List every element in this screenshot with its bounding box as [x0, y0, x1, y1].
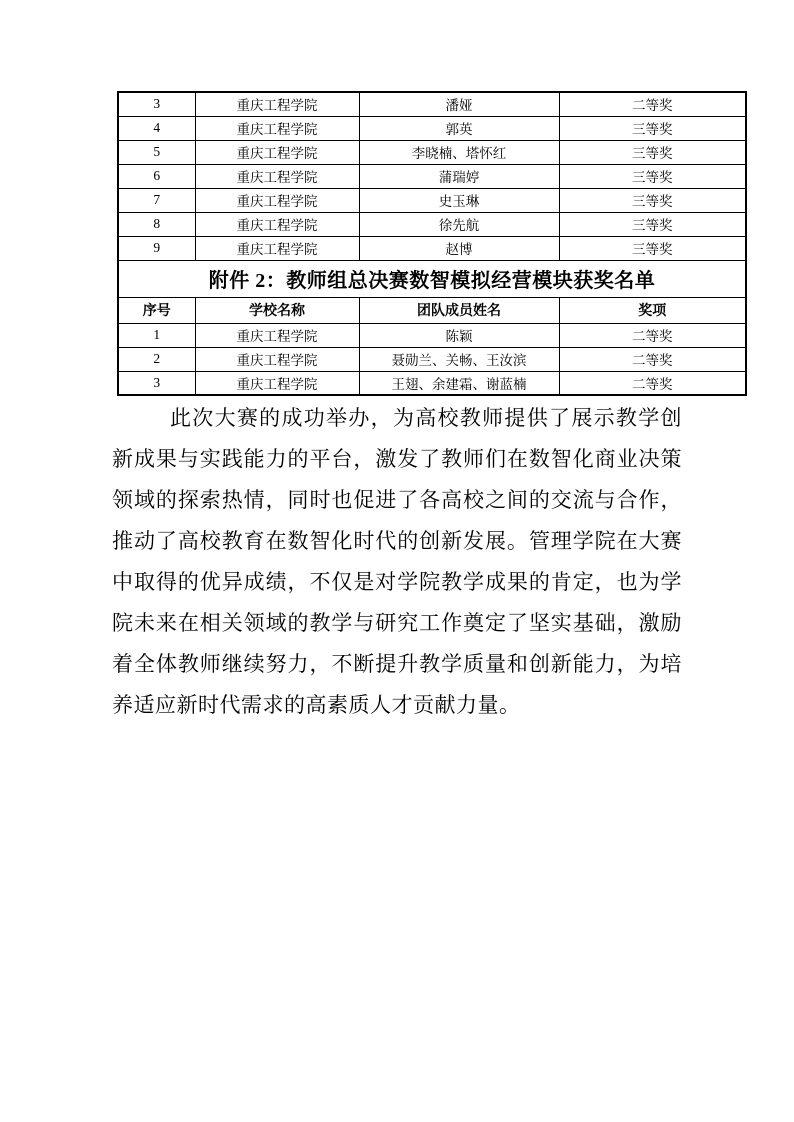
cell-serial: 5: [118, 140, 195, 164]
cell-school: 重庆工程学院: [195, 188, 359, 212]
cell-serial: 1: [118, 323, 195, 347]
column-header-school: 学校名称: [195, 297, 359, 323]
cell-members: 王翅、余建霜、谢蓝楠: [359, 371, 559, 395]
cell-serial: 8: [118, 212, 195, 236]
cell-members: 聂勋兰、关畅、王汝滨: [359, 347, 559, 371]
cell-school: 重庆工程学院: [195, 212, 359, 236]
cell-award: 三等奖: [559, 140, 746, 164]
cell-award: 三等奖: [559, 236, 746, 260]
document-page: 3 重庆工程学院 潘娅 二等奖 4 重庆工程学院 郭英 三等奖 5 重庆工程学院…: [0, 0, 794, 1122]
cell-members: 潘娅: [359, 92, 559, 116]
table-row: 1 重庆工程学院 陈颖 二等奖: [118, 323, 746, 347]
cell-school: 重庆工程学院: [195, 371, 359, 395]
table-row: 5 重庆工程学院 李晓楠、塔怀红 三等奖: [118, 140, 746, 164]
table-row: 4 重庆工程学院 郭英 三等奖: [118, 116, 746, 140]
cell-serial: 7: [118, 188, 195, 212]
attachment2-heading: 附件 2：教师组总决赛数智模拟经营模块获奖名单: [118, 260, 746, 297]
table-row: 2 重庆工程学院 聂勋兰、关畅、王汝滨 二等奖: [118, 347, 746, 371]
cell-award: 二等奖: [559, 347, 746, 371]
attachment2-heading-row: 附件 2：教师组总决赛数智模拟经营模块获奖名单: [118, 260, 746, 297]
cell-school: 重庆工程学院: [195, 236, 359, 260]
cell-award: 二等奖: [559, 92, 746, 116]
cell-award: 三等奖: [559, 188, 746, 212]
cell-award: 二等奖: [559, 323, 746, 347]
cell-award: 二等奖: [559, 371, 746, 395]
table-row: 9 重庆工程学院 赵博 三等奖: [118, 236, 746, 260]
cell-serial: 4: [118, 116, 195, 140]
cell-serial: 2: [118, 347, 195, 371]
cell-members: 赵博: [359, 236, 559, 260]
table-row: 8 重庆工程学院 徐先航 三等奖: [118, 212, 746, 236]
table-row: 6 重庆工程学院 蒲瑞婷 三等奖: [118, 164, 746, 188]
cell-school: 重庆工程学院: [195, 347, 359, 371]
cell-serial: 3: [118, 371, 195, 395]
cell-members: 史玉琳: [359, 188, 559, 212]
cell-serial: 6: [118, 164, 195, 188]
cell-award: 三等奖: [559, 212, 746, 236]
cell-members: 蒲瑞婷: [359, 164, 559, 188]
table-header-row: 序号 学校名称 团队成员姓名 奖项: [118, 297, 746, 323]
cell-school: 重庆工程学院: [195, 116, 359, 140]
cell-serial: 9: [118, 236, 195, 260]
cell-school: 重庆工程学院: [195, 164, 359, 188]
table-row: 7 重庆工程学院 史玉琳 三等奖: [118, 188, 746, 212]
table-row: 3 重庆工程学院 王翅、余建霜、谢蓝楠 二等奖: [118, 371, 746, 395]
body-paragraph: 此次大赛的成功举办，为高校教师提供了展示教学创新成果与实践能力的平台，激发了教师…: [112, 398, 682, 726]
column-header-serial: 序号: [118, 297, 195, 323]
cell-members: 陈颖: [359, 323, 559, 347]
cell-members: 徐先航: [359, 212, 559, 236]
cell-members: 李晓楠、塔怀红: [359, 140, 559, 164]
cell-serial: 3: [118, 92, 195, 116]
cell-school: 重庆工程学院: [195, 140, 359, 164]
awards-table: 3 重庆工程学院 潘娅 二等奖 4 重庆工程学院 郭英 三等奖 5 重庆工程学院…: [117, 91, 747, 396]
cell-award: 三等奖: [559, 164, 746, 188]
cell-school: 重庆工程学院: [195, 323, 359, 347]
cell-members: 郭英: [359, 116, 559, 140]
table-row: 3 重庆工程学院 潘娅 二等奖: [118, 92, 746, 116]
column-header-award: 奖项: [559, 297, 746, 323]
column-header-members: 团队成员姓名: [359, 297, 559, 323]
cell-school: 重庆工程学院: [195, 92, 359, 116]
cell-award: 三等奖: [559, 116, 746, 140]
